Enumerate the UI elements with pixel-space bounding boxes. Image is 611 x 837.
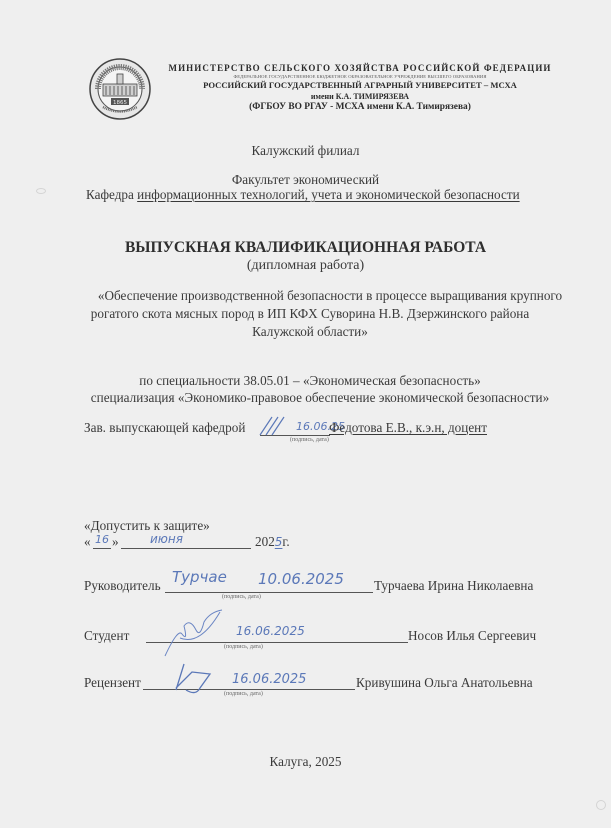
topic-line-3: Калужской области» (50, 324, 570, 340)
student-signature-date: 16.06.2025 (236, 624, 305, 638)
university-seal-icon: 1865 (89, 58, 151, 120)
signature-line (165, 592, 373, 593)
day-line (93, 548, 111, 549)
student-signature (160, 608, 230, 658)
reviewer-label: Рецензент (84, 675, 141, 691)
work-subtitle: (дипломная работа) (0, 258, 611, 274)
admission-year: 2025г. (255, 534, 290, 550)
admission-date: « (84, 534, 91, 550)
faculty-name: Факультет экономический (0, 172, 611, 188)
institution-type: ФЕДЕРАЛЬНОЕ ГОСУДАРСТВЕННОЕ БЮДЖЕТНОЕ ОБ… (160, 74, 560, 79)
signature-caption: (подпись, дата) (222, 594, 261, 600)
supervisor-label: Руководитель (84, 578, 161, 594)
university-name: РОССИЙСКИЙ ГОСУДАРСТВЕННЫЙ АГРАРНЫЙ УНИВ… (160, 80, 560, 90)
department: Кафедра информационных технологий, учета… (86, 187, 520, 203)
admission-day: 16 (95, 533, 109, 546)
page-bottom-edge (0, 828, 611, 837)
place-and-year: Калуга, 2025 (0, 754, 611, 770)
student-label: Студент (84, 628, 129, 644)
work-title: ВЫПУСКНАЯ КВАЛИФИКАЦИОННАЯ РАБОТА (0, 239, 611, 257)
specialty-line-1: по специальности 38.05.01 – «Экономическ… (50, 373, 570, 389)
reviewer-name: Кривушина Ольга Анатольевна (356, 675, 533, 691)
supervisor-name: Турчаева Ирина Николаевна (374, 578, 533, 594)
topic-line-1: «Обеспечение производственной безопаснос… (70, 288, 590, 304)
specialty-line-2: специализация «Экономико-правовое обеспе… (50, 390, 590, 406)
scan-artifact (36, 188, 46, 194)
svg-text:1865: 1865 (113, 100, 127, 106)
topic-line-2: рогатого скота мясных пород в ИП КФХ Сув… (50, 306, 570, 322)
student-name: Носов Илья Сергеевич (408, 628, 536, 644)
head-of-department-name: Федотова Е.В., к.э.н, доцент (329, 420, 487, 436)
university-abbreviation: (ФГБОУ ВО РГАУ - МСХА имени К.А. Тимиряз… (160, 102, 560, 112)
reviewer-signature-date: 16.06.2025 (232, 672, 306, 687)
admission-month: июня (150, 532, 183, 546)
reviewer-signature (170, 662, 215, 696)
signature-caption: (подпись, дата) (290, 437, 329, 443)
ministry-heading: МИНИСТЕРСТВО СЕЛЬСКОГО ХОЗЯЙСТВА РОССИЙС… (160, 63, 560, 73)
signature-mark (258, 415, 298, 437)
signature-caption: (подпись, дата) (224, 644, 263, 650)
supervisor-signature: Турчае (172, 568, 227, 586)
department-name: информационных технологий, учета и эконо… (137, 187, 519, 202)
scan-artifact (596, 800, 606, 810)
department-prefix: Кафедра (86, 187, 137, 202)
branch-name: Калужский филиал (0, 143, 611, 159)
university-named-after: имени К.А. ТИМИРЯЗЕВА (160, 92, 560, 101)
supervisor-signature-date: 10.06.2025 (258, 570, 344, 588)
signature-caption: (подпись, дата) (224, 691, 263, 697)
month-line (121, 548, 251, 549)
head-of-department-label: Зав. выпускающей кафедрой (84, 420, 245, 436)
admission-label: «Допустить к защите» (84, 518, 210, 534)
close-quote: » (112, 534, 119, 550)
